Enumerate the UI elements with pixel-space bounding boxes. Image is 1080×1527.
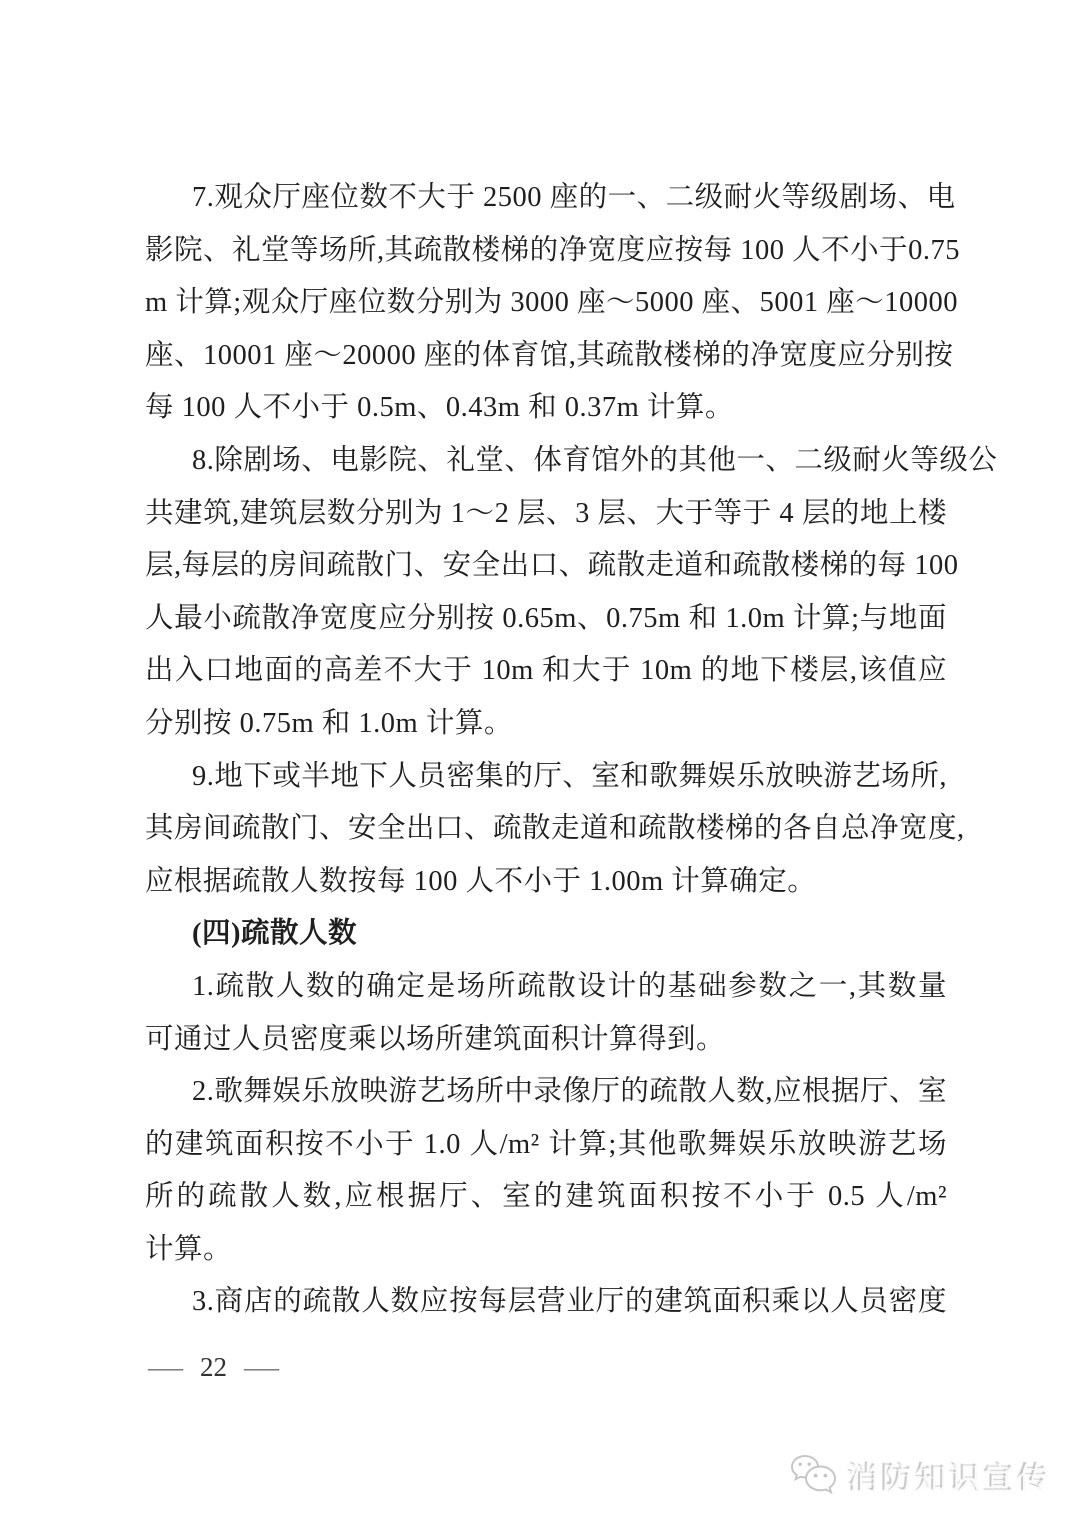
watermark-label: 消防知识宣传 xyxy=(848,1454,1052,1499)
item-7-line: 座、10001 座～20000 座的体育馆,其疏散楼梯的净宽度应分别按 xyxy=(145,330,947,383)
item-8-line: 出入口地面的高差不大于 10m 和大于 10m 的地下楼层,该值应 xyxy=(145,645,947,698)
item-8-line: 层,每层的房间疏散门、安全出口、疏散走道和疏散楼梯的每 100 xyxy=(145,540,947,593)
item-4-3-line: 3.商店的疏散人数应按每层营业厅的建筑面积乘以人员密度 xyxy=(145,1276,947,1329)
item-7-line: 影院、礼堂等场所,其疏散楼梯的净宽度应按每 100 人不小于0.75 xyxy=(145,225,947,278)
item-4-2-line: 2.歌舞娱乐放映游艺场所中录像厅的疏散人数,应根据厅、室 xyxy=(145,1066,947,1119)
item-9-line: 其房间疏散门、安全出口、疏散走道和疏散楼梯的各自总净宽度, xyxy=(145,803,947,856)
item-7-line: 7.观众厅座位数不大于 2500 座的一、二级耐火等级剧场、电 xyxy=(145,172,947,225)
item-8-line: 分别按 0.75m 和 1.0m 计算。 xyxy=(145,698,947,751)
item-4-2-line: 的建筑面积按不小于 1.0 人/m² 计算;其他歌舞娱乐放映游艺场 xyxy=(145,1119,947,1172)
footer-right-dash: — xyxy=(244,1352,279,1383)
item-4-2-line: 计算。 xyxy=(145,1224,947,1277)
section-heading-4-line: (四)疏散人数 xyxy=(145,908,947,961)
document-body: 7.观众厅座位数不大于 2500 座的一、二级耐火等级剧场、电影院、礼堂等场所,… xyxy=(145,172,947,1329)
footer-left-dash: — xyxy=(148,1352,183,1383)
item-9-line: 9.地下或半地下人员密集的厅、室和歌舞娱乐放映游艺场所, xyxy=(145,751,947,804)
item-8-line: 共建筑,建筑层数分别为 1～2 层、3 层、大于等于 4 层的地上楼 xyxy=(145,488,947,541)
item-8-line: 8.除剧场、电影院、礼堂、体育馆外的其他一、二级耐火等级公 xyxy=(145,435,947,488)
item-7-line: m 计算;观众厅座位数分别为 3000 座～5000 座、5001 座～1000… xyxy=(145,277,947,330)
item-8-line: 人最小疏散净宽度应分别按 0.65m、0.75m 和 1.0m 计算;与地面 xyxy=(145,593,947,646)
page-footer: — 22 — xyxy=(152,1352,275,1383)
item-7-line: 每 100 人不小于 0.5m、0.43m 和 0.37m 计算。 xyxy=(145,382,947,435)
document-page: 7.观众厅座位数不大于 2500 座的一、二级耐火等级剧场、电影院、礼堂等场所,… xyxy=(0,0,1080,1527)
item-4-2-line: 所的疏散人数,应根据厅、室的建筑面积按不小于 0.5 人/m² xyxy=(145,1171,947,1224)
item-4-1-line: 1.疏散人数的确定是场所疏散设计的基础参数之一,其数量 xyxy=(145,961,947,1014)
page-number: 22 xyxy=(200,1352,227,1383)
item-4-1-line: 可通过人员密度乘以场所建筑面积计算得到。 xyxy=(145,1014,947,1067)
wechat-icon xyxy=(789,1452,839,1500)
watermark: 消防知识宣传 xyxy=(789,1452,1052,1500)
item-9-line: 应根据疏散人数按每 100 人不小于 1.00m 计算确定。 xyxy=(145,856,947,909)
